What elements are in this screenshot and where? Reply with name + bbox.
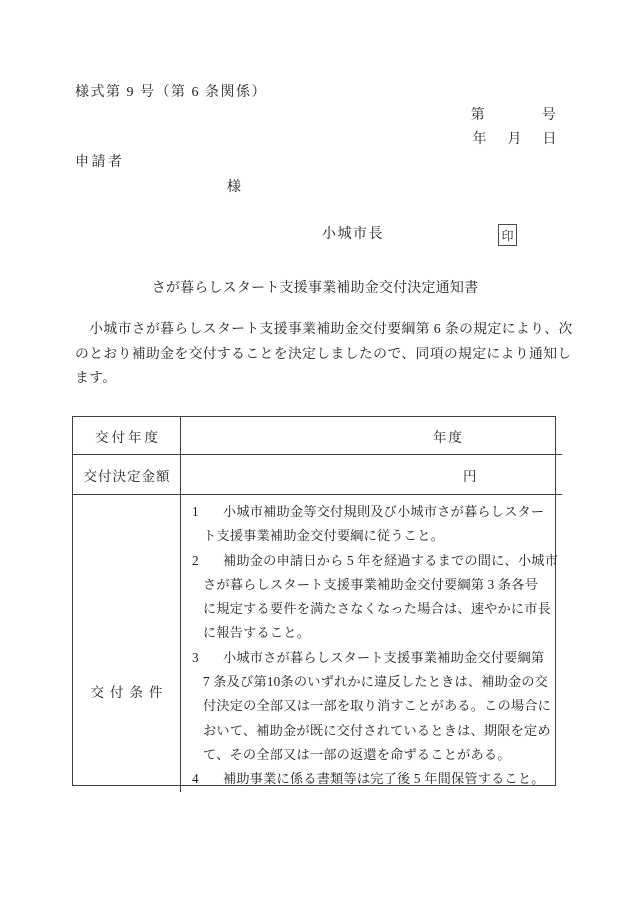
grant-amount-value-cell: 円 [181,455,562,495]
fiscal-year-value-cell: 年度 [181,417,562,455]
condition-3-line-3: 付決定の全部又は一部を取り消すことがある。この場合に [192,694,558,718]
condition-1-line-2: ト支援事業補助金交付要綱に従うこと。 [192,524,558,548]
seal-character: 印 [501,227,513,244]
body-line-3: ます。 [75,366,565,391]
condition-2-text: 補助金の申請日から 5 年を経過するまでの間に、小城市 [223,553,558,568]
mayor-title: 小城市長 [322,227,384,242]
condition-2-line-4: に報告すること。 [192,621,558,645]
form-number: 様式第 9 号（第 6 条関係） [75,85,267,100]
document-title: さが暮らしスタート支援事業補助金交付決定通知書 [0,277,630,297]
condition-3-line-2: 7 条及び第10条のいずれかに違反したときは、補助金の交 [192,670,558,694]
condition-2-line-2: さが暮らしスタート支援事業補助金交付要綱第 3 条各号 [192,573,558,597]
condition-3-number: 3 [192,646,223,670]
seal-box: 印 [498,224,517,246]
yen-unit: 円 [463,465,477,485]
condition-2-line-3: に規定する要件を満たさなくなった場合は、速やかに市長 [192,597,558,621]
condition-1-number: 1 [192,500,223,524]
document-page: 様式第 9 号（第 6 条関係） 第 号 年 月 日 申請者 様 小城市長 印 … [0,0,630,903]
document-number-line: 第 号 [471,108,556,123]
condition-4-text: 補助事業に係る書類等は完了後 5 年間保管すること。 [223,771,545,786]
row-label-grant-amount: 交付決定金額 [73,455,181,495]
body-line-2: のとおり補助金を交付することを決定しましたので、同項の規定により通知し [75,342,565,367]
condition-4-line-1: 4補助事業に係る書類等は完了後 5 年間保管すること。 [192,767,558,791]
honorific-sama: 様 [227,180,241,195]
condition-3-text: 小城市さが暮らしスタート支援事業補助金交付要綱第 [223,650,544,665]
row-label-fiscal-year: 交付年度 [73,417,181,455]
condition-3-line-5: て、その全部又は一部の返還を命ずることがある。 [192,743,558,767]
fiscal-year-unit: 年度 [433,426,464,446]
condition-1-line-1: 1小城市補助金等交付規則及び小城市さが暮らしスター [192,500,558,524]
condition-3-line-4: おいて、補助金が既に交付されているときは、期限を定め [192,719,558,743]
conditions-list: 1小城市補助金等交付規則及び小城市さが暮らしスター ト支援事業補助金交付要綱に従… [181,495,562,792]
row-label-conditions: 交付条件 [73,495,181,792]
body-paragraph: 小城市さが暮らしスタート支援事業補助金交付要綱第 6 条の規定により、次 のとお… [75,317,565,391]
applicant-label: 申請者 [75,155,125,170]
condition-3-line-1: 3小城市さが暮らしスタート支援事業補助金交付要綱第 [192,646,558,670]
condition-2-line-1: 2補助金の申請日から 5 年を経過するまでの間に、小城市 [192,549,558,573]
condition-4-number: 4 [192,767,223,791]
grant-decision-table: 交付年度 年度 交付決定金額 円 交付条件 1小城市補助金等交付規則及び小城市さ… [72,416,556,786]
condition-1-text: 小城市補助金等交付規則及び小城市さが暮らしスター [223,504,544,519]
body-line-1: 小城市さが暮らしスタート支援事業補助金交付要綱第 6 条の規定により、次 [75,317,565,342]
date-line: 年 月 日 [473,132,561,147]
condition-2-number: 2 [192,549,223,573]
